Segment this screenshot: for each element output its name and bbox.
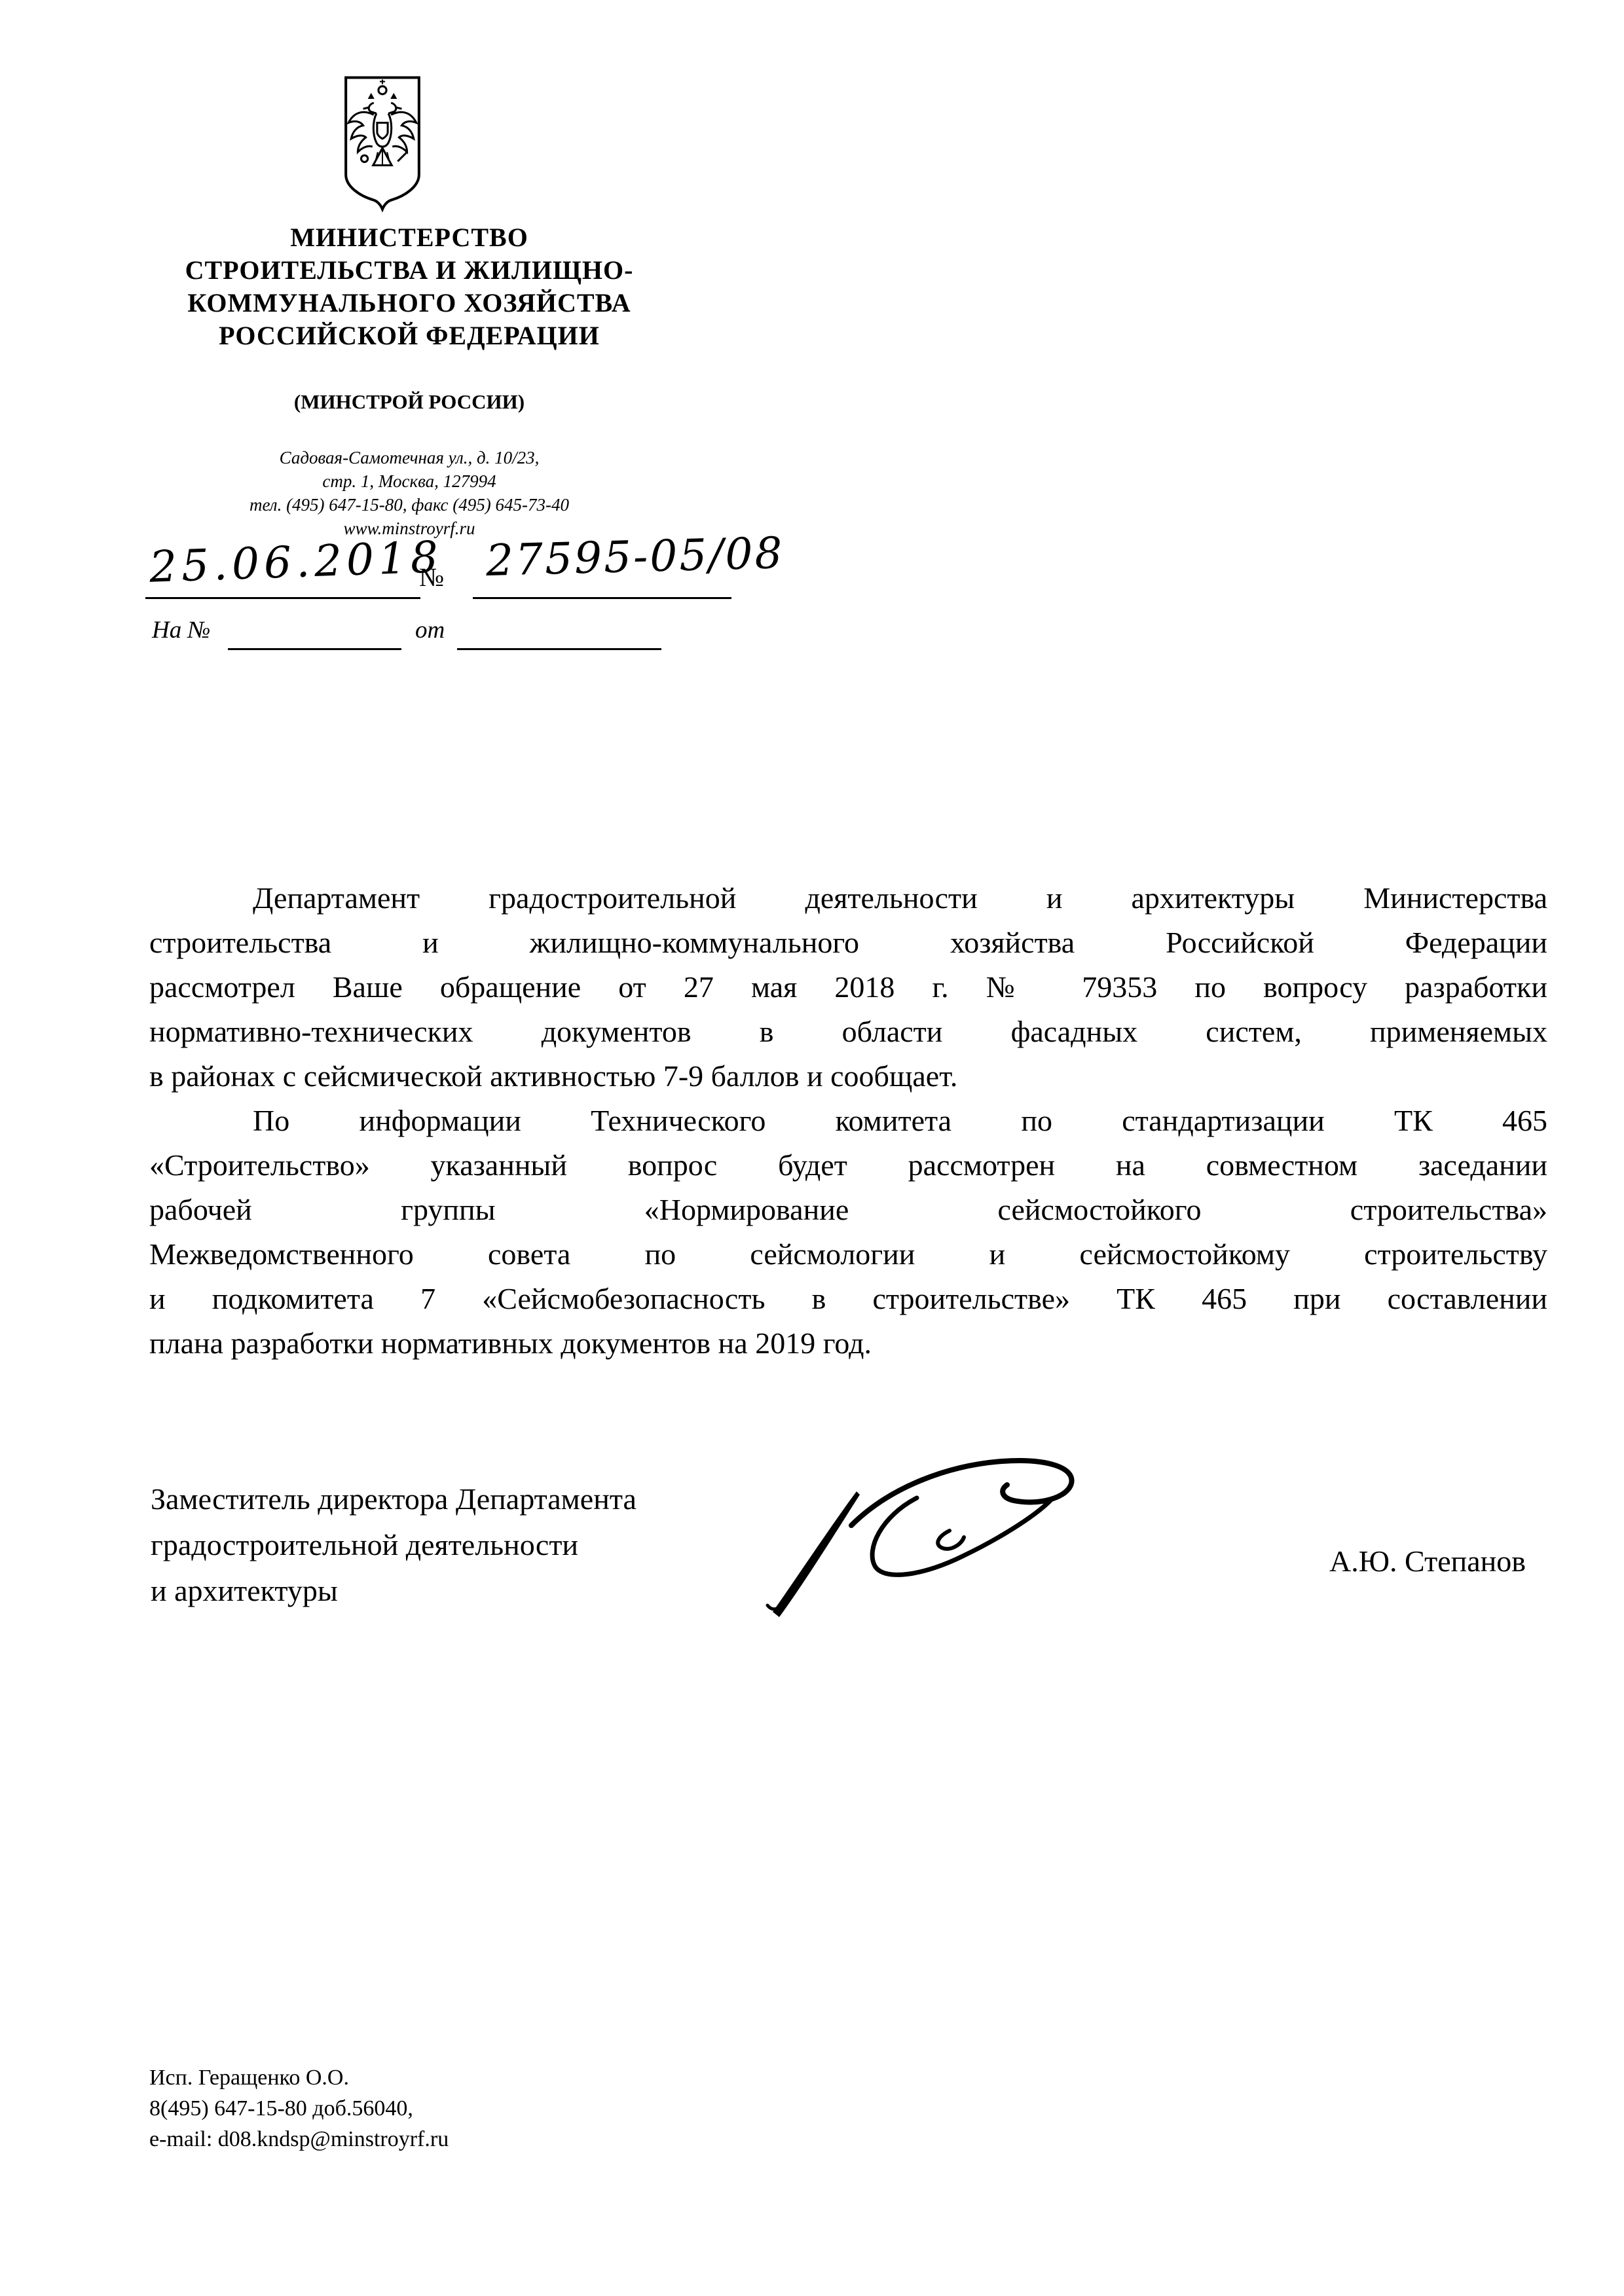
executor-name: Исп. Геращенко О.О. [149, 2062, 449, 2093]
signer-title-line: Заместитель директора Департамента [151, 1476, 637, 1522]
executor-phone: 8(495) 647-15-80 доб.56040, [149, 2093, 449, 2124]
body-line: плана разработки нормативных документов … [149, 1321, 1547, 1366]
executor-block: Исп. Геращенко О.О. 8(495) 647-15-80 доб… [149, 2062, 449, 2155]
signer-title-line: и архитектуры [151, 1568, 637, 1614]
ministry-name-line: МИНИСТЕРСТВО [151, 221, 668, 254]
body-line: «Строительство» указанный вопрос будет р… [149, 1143, 1547, 1188]
signer-title: Заместитель директора Департамента градо… [151, 1476, 637, 1614]
body-line: По информации Технического комитета по с… [149, 1099, 1547, 1143]
handwritten-outgoing-number: 27595-05/08 [485, 528, 784, 586]
address-line: Садовая-Самотечная ул., д. 10/23, [151, 446, 668, 469]
address-line: стр. 1, Москва, 127994 [151, 469, 668, 493]
body-line: и подкомитета 7 «Сейсмобезопасность в ст… [149, 1277, 1547, 1321]
body-line: Департамент градостроительной деятельнос… [149, 876, 1547, 920]
coat-of-arms-emblem [339, 73, 426, 213]
ministry-name-line: РОССИЙСКОЙ ФЕДЕРАЦИИ [151, 319, 668, 352]
date-underline [145, 597, 420, 599]
body-line: Межведомственного совета по сейсмологии … [149, 1232, 1547, 1277]
address-block: Садовая-Самотечная ул., д. 10/23, стр. 1… [151, 446, 668, 540]
body-line: строительства и жилищно-коммунального хо… [149, 920, 1547, 965]
letter-body: Департамент градостроительной деятельнос… [149, 876, 1547, 1366]
ministry-short-name: (МИНСТРОЙ РОССИИ) [151, 390, 668, 414]
signer-name: А.Ю. Степанов [1244, 1544, 1526, 1578]
body-line: рассмотрел Ваше обращение от 27 мая 2018… [149, 965, 1547, 1010]
reply-number-blank-line [228, 648, 401, 650]
body-line: нормативно-технических документов в обла… [149, 1010, 1547, 1054]
body-line: рабочей группы «Нормирование сейсмостойк… [149, 1188, 1547, 1232]
body-line: в районах с сейсмической активностью 7-9… [149, 1054, 1547, 1099]
signer-title-line: градостроительной деятельности [151, 1522, 637, 1568]
handwritten-date: 25.06.2018 [149, 532, 443, 592]
ministry-name: МИНИСТЕРСТВО СТРОИТЕЛЬСТВА И ЖИЛИЩНО- КО… [151, 221, 668, 352]
ministry-name-line: СТРОИТЕЛЬСТВА И ЖИЛИЩНО- [151, 254, 668, 287]
ministry-name-line: КОММУНАЛЬНОГО ХОЗЯЙСТВА [151, 287, 668, 319]
reply-date-blank-line [457, 648, 661, 650]
handwritten-signature [753, 1427, 1094, 1624]
executor-email: e-mail: d08.kndsp@minstroyrf.ru [149, 2124, 449, 2155]
document-page: МИНИСТЕРСТВО СТРОИТЕЛЬСТВА И ЖИЛИЩНО- КО… [0, 0, 1624, 2296]
reply-number-label: На № [152, 616, 210, 644]
address-line: тел. (495) 647-15-80, факс (495) 645-73-… [151, 493, 668, 517]
reply-date-label: от [415, 616, 445, 644]
number-sign: № [419, 562, 444, 592]
number-underline [473, 597, 731, 599]
